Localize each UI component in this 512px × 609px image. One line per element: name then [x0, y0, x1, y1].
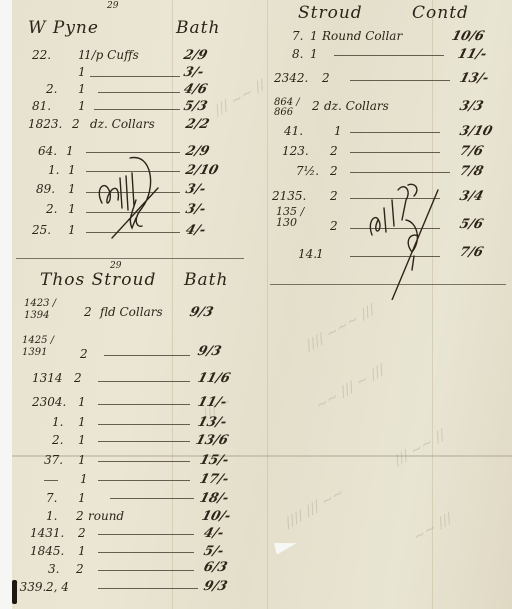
item-number: 1.	[46, 510, 57, 522]
item-amount: 3/4	[458, 190, 484, 203]
item-number: 81.	[32, 100, 51, 112]
item-number: 22.	[32, 49, 51, 61]
ditto-line	[98, 534, 194, 535]
item-amount: 2/2	[184, 118, 210, 131]
item-amount: 7/6	[458, 145, 484, 158]
section-header-name: Stroud	[298, 5, 363, 22]
item-qty: 2	[76, 510, 84, 522]
item-amount: 2/10	[184, 164, 219, 177]
item-number: 14.	[298, 248, 317, 260]
section-header-name: W Pyne	[28, 20, 99, 37]
item-qty: 1	[80, 473, 88, 485]
section-header-place: Bath	[176, 20, 220, 37]
item-qty: 2	[78, 527, 86, 539]
item-amount: 6/3	[202, 561, 228, 574]
item-qty: 1	[68, 224, 76, 236]
item-amount: 13/6	[194, 434, 229, 447]
item-number: 2.	[46, 203, 57, 215]
item-qty: 1	[78, 83, 86, 95]
item-number: 7.	[46, 492, 57, 504]
item-desc: 1/p Cuffs	[84, 49, 139, 61]
item-qty: 1	[68, 203, 76, 215]
item-number: 1425 / 1391	[22, 335, 54, 359]
ditto-line	[98, 424, 190, 425]
ditto-line	[98, 381, 190, 382]
item-qty: 1	[78, 454, 86, 466]
ditto-line	[334, 55, 444, 56]
item-qty: 2	[74, 372, 82, 384]
item-amount: 13/-	[196, 416, 228, 429]
item-qty: 1	[310, 48, 318, 60]
entered-signature-mark	[92, 148, 162, 243]
bleed-through: ~~ /// ~ ///	[313, 362, 388, 414]
item-number: 1.	[48, 164, 59, 176]
item-qty: 2	[84, 306, 92, 318]
scan-margin	[0, 0, 12, 609]
item-desc: dz. Collars	[324, 100, 389, 112]
item-number: 89.	[36, 183, 55, 195]
ditto-line	[98, 570, 194, 571]
ink-blot	[12, 580, 17, 604]
item-qty: 1	[316, 248, 324, 260]
section-header-place: Contd	[412, 5, 469, 22]
item-amount: 9/3	[202, 580, 228, 593]
ditto-line	[98, 461, 190, 462]
item-amount: 7/6	[458, 246, 484, 259]
item-number: 1431.	[30, 527, 64, 539]
item-qty: 1	[78, 434, 86, 446]
entered-signature-mark	[362, 160, 442, 300]
ditto-line	[110, 498, 194, 499]
item-qty: 1	[78, 100, 86, 112]
item-amount: 10/6	[450, 30, 485, 43]
ledger-page: //// ~~~ /// ~~ /// ~ /// /// ~~ // ////…	[12, 0, 512, 609]
item-amount: 9/3	[188, 306, 214, 319]
bleed-through: /// ~~ //	[212, 77, 268, 119]
item-desc: Round Collar	[322, 30, 402, 42]
item-qty: 2	[80, 348, 88, 360]
item-qty: 1	[66, 145, 74, 157]
item-number: 25.	[32, 224, 51, 236]
section-header-place: Bath	[184, 272, 228, 289]
item-number: 2.	[52, 434, 63, 446]
bleed-through: //// /// ~~	[282, 485, 347, 532]
item-amount: 2/9	[184, 145, 210, 158]
item-amount: 4/-	[184, 224, 207, 237]
ditto-line	[94, 109, 180, 110]
item-amount: 5/-	[202, 545, 225, 558]
item-amount: 5/6	[458, 218, 484, 231]
item-qty: 2	[330, 190, 338, 202]
item-qty: 1	[78, 416, 86, 428]
item-number: 1.	[52, 416, 63, 428]
item-qty: 2, 4	[46, 581, 69, 593]
item-number: 1423 / 1394	[24, 298, 56, 322]
ditto-line	[350, 132, 440, 133]
item-amount: 3/-	[184, 203, 207, 216]
item-qty: 2	[330, 220, 338, 232]
item-number: 1845.	[30, 545, 64, 557]
item-amount: 15/-	[198, 454, 230, 467]
item-desc: round	[88, 510, 124, 522]
item-qty: 1	[310, 30, 318, 42]
item-amount: 3/10	[458, 125, 493, 138]
ditto-line	[98, 92, 180, 93]
item-amount: 7/8	[458, 165, 484, 178]
item-amount: 3/3	[458, 100, 484, 113]
item-amount: 5/3	[182, 100, 208, 113]
item-amount: 4/-	[202, 527, 225, 540]
item-amount: 9/3	[196, 345, 222, 358]
item-amount: 2/9	[182, 49, 208, 62]
item-number: 2.	[46, 83, 57, 95]
ditto-line	[98, 552, 194, 553]
item-number: 2135.	[272, 190, 306, 202]
section-divider	[16, 258, 244, 259]
item-amount: 3/-	[182, 66, 205, 79]
ditto-line	[98, 404, 190, 405]
item-amount: 11/-	[456, 48, 488, 61]
ditto-line	[350, 152, 440, 153]
item-qty: 1	[68, 183, 76, 195]
item-number: 1314	[32, 372, 63, 384]
item-number: 3.	[48, 563, 59, 575]
ditto-line	[350, 80, 450, 81]
item-amount: 4/6	[182, 83, 208, 96]
item-number: 41.	[284, 125, 303, 137]
bleed-through: //// ~~~ ///	[303, 302, 378, 354]
item-qty: 2	[76, 563, 84, 575]
item-desc: dz. Collars	[90, 118, 155, 130]
item-amount: 10/-	[200, 510, 232, 523]
fold-crease	[12, 455, 512, 457]
item-amount: 17/-	[198, 473, 230, 486]
item-amount: 11/-	[196, 396, 228, 409]
item-qty: 2	[330, 145, 338, 157]
bleed-through: ~~ ///	[411, 511, 455, 546]
item-number: 8.	[292, 48, 303, 60]
item-number: 37.	[44, 454, 63, 466]
item-amount: 11/6	[196, 372, 231, 385]
ditto-line	[98, 441, 190, 442]
item-qty: 1	[334, 125, 342, 137]
ditto-line	[98, 480, 190, 481]
bleed-through: /// ~~ //	[392, 427, 448, 469]
item-number: 2342.	[274, 72, 308, 84]
item-qty: 2	[72, 118, 80, 130]
ditto-dash	[44, 480, 58, 481]
item-number: 2304.	[32, 396, 66, 408]
date-mark: 29	[107, 2, 118, 11]
item-desc: fld Collars	[100, 306, 163, 318]
item-qty: 1	[78, 396, 86, 408]
item-qty: 2	[330, 165, 338, 177]
ditto-line	[90, 76, 180, 77]
item-qty: 2	[312, 100, 320, 112]
item-amount: 13/-	[458, 72, 490, 85]
paper-tear	[274, 537, 298, 554]
section-header-name: Thos Stroud	[40, 272, 156, 289]
item-amount: 3/-	[184, 183, 207, 196]
item-number: 64.	[38, 145, 57, 157]
item-number: 7.	[292, 30, 303, 42]
item-qty: 1	[78, 66, 86, 78]
ditto-line	[98, 588, 198, 589]
item-number: 1339.	[12, 581, 46, 593]
item-qty: 1	[68, 164, 76, 176]
item-number: 135 / 130	[276, 206, 312, 228]
item-qty: 1	[78, 545, 86, 557]
item-number: 1823.	[28, 118, 62, 130]
item-number: 864 / 866	[274, 98, 314, 118]
item-number: 123.	[282, 145, 309, 157]
item-qty: 2	[322, 72, 330, 84]
item-amount: 18/-	[198, 492, 230, 505]
item-qty: 1	[78, 492, 86, 504]
item-number: 7½.	[296, 165, 319, 177]
ditto-line	[104, 355, 190, 356]
